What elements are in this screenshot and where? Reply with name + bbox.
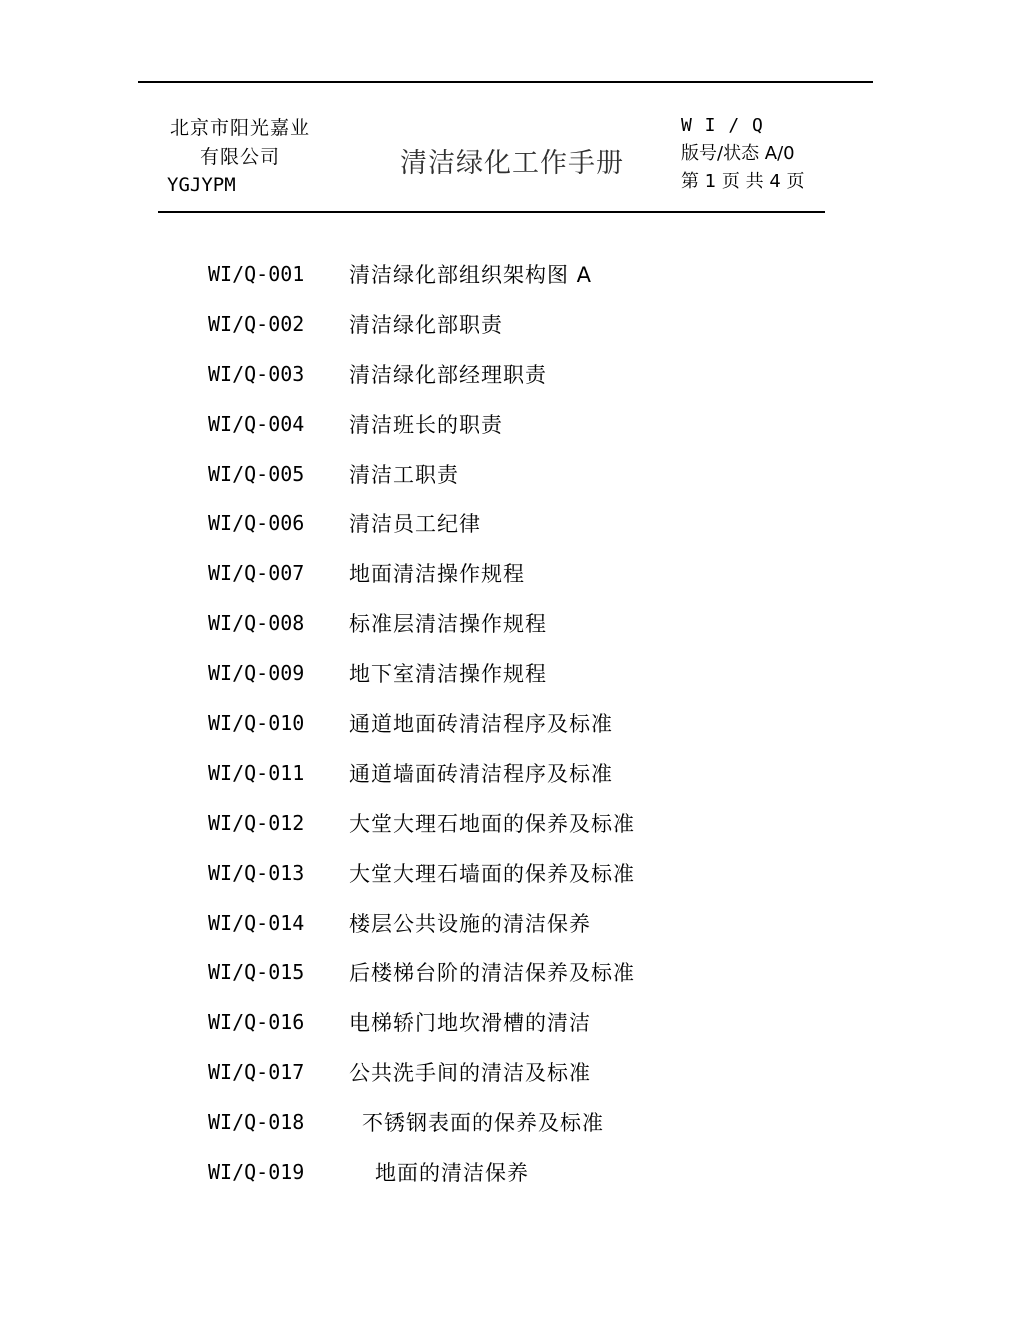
toc-item-title: 公共洗手间的清洁及标准 bbox=[349, 1057, 591, 1087]
toc-item-title: 清洁工职责 bbox=[349, 459, 459, 489]
toc-item-title: 大堂大理石地面的保养及标准 bbox=[349, 808, 635, 838]
toc-item-code: WI/Q-004 bbox=[208, 412, 349, 436]
toc-item-title: 通道地面砖清洁程序及标准 bbox=[349, 708, 613, 738]
toc-item-title: 大堂大理石墙面的保养及标准 bbox=[349, 858, 635, 888]
header-top-rule bbox=[138, 81, 873, 83]
toc-item-code: WI/Q-005 bbox=[208, 462, 349, 486]
toc-item-title: 通道墙面砖清洁程序及标准 bbox=[349, 758, 613, 788]
toc-list: WI/Q-001 清洁绿化部组织架构图 A WI/Q-002 清洁绿化部职责 W… bbox=[0, 249, 1021, 1197]
toc-row: WI/Q-001 清洁绿化部组织架构图 A bbox=[0, 249, 1021, 299]
toc-row: WI/Q-009 地下室清洁操作规程 bbox=[0, 648, 1021, 698]
toc-item-title: 清洁员工纪律 bbox=[349, 508, 481, 538]
toc-item-title: 楼层公共设施的清洁保养 bbox=[349, 908, 591, 938]
toc-item-code: WI/Q-009 bbox=[208, 661, 349, 685]
toc-item-code: WI/Q-018 bbox=[208, 1110, 349, 1134]
toc-row: WI/Q-002 清洁绿化部职责 bbox=[0, 299, 1021, 349]
toc-row: WI/Q-007 地面清洁操作规程 bbox=[0, 548, 1021, 598]
toc-item-code: WI/Q-001 bbox=[208, 262, 349, 286]
toc-item-title: 电梯轿门地坎滑槽的清洁 bbox=[349, 1007, 591, 1037]
toc-item-title: 清洁绿化部组织架构图 A bbox=[349, 259, 592, 289]
company-code: YGJYPM bbox=[167, 172, 313, 199]
toc-row: WI/Q-019 地面的清洁保养 bbox=[0, 1147, 1021, 1197]
toc-item-code: WI/Q-006 bbox=[208, 511, 349, 535]
toc-row: WI/Q-006 清洁员工纪律 bbox=[0, 498, 1021, 548]
toc-item-title: 标准层清洁操作规程 bbox=[349, 608, 547, 638]
toc-item-code: WI/Q-015 bbox=[208, 960, 349, 984]
toc-item-title: 地下室清洁操作规程 bbox=[349, 658, 547, 688]
toc-row: WI/Q-005 清洁工职责 bbox=[0, 449, 1021, 499]
toc-item-code: WI/Q-012 bbox=[208, 811, 349, 835]
toc-item-title: 不锈钢表面的保养及标准 bbox=[349, 1107, 604, 1137]
toc-item-code: WI/Q-008 bbox=[208, 611, 349, 635]
toc-item-title: 清洁班长的职责 bbox=[349, 409, 503, 439]
toc-item-code: WI/Q-013 bbox=[208, 861, 349, 885]
document-title: 清洁绿化工作手册 bbox=[400, 141, 624, 180]
company-name-line2: 有限公司 bbox=[167, 143, 313, 172]
toc-item-code: WI/Q-007 bbox=[208, 561, 349, 585]
header-bottom-rule bbox=[158, 211, 825, 213]
toc-row: WI/Q-011 通道墙面砖清洁程序及标准 bbox=[0, 748, 1021, 798]
toc-row: WI/Q-015 后楼梯台阶的清洁保养及标准 bbox=[0, 947, 1021, 997]
toc-item-title: 清洁绿化部职责 bbox=[349, 309, 503, 339]
toc-item-title: 地面的清洁保养 bbox=[349, 1157, 529, 1187]
toc-item-code: WI/Q-010 bbox=[208, 711, 349, 735]
toc-item-code: WI/Q-003 bbox=[208, 362, 349, 386]
toc-item-title: 地面清洁操作规程 bbox=[349, 558, 525, 588]
toc-row: WI/Q-012 大堂大理石地面的保养及标准 bbox=[0, 798, 1021, 848]
doc-meta-block: W I / Q 版号/状态 A/0 第 1 页 共 4 页 bbox=[681, 112, 805, 196]
toc-item-title: 清洁绿化部经理职责 bbox=[349, 359, 547, 389]
toc-item-code: WI/Q-017 bbox=[208, 1060, 349, 1084]
doc-version-status: 版号/状态 A/0 bbox=[681, 140, 805, 168]
toc-row: WI/Q-014 楼层公共设施的清洁保养 bbox=[0, 898, 1021, 948]
toc-item-code: WI/Q-014 bbox=[208, 911, 349, 935]
toc-item-code: WI/Q-019 bbox=[208, 1160, 349, 1184]
toc-row: WI/Q-004 清洁班长的职责 bbox=[0, 399, 1021, 449]
doc-code: W I / Q bbox=[681, 112, 805, 140]
toc-row: WI/Q-013 大堂大理石墙面的保养及标准 bbox=[0, 848, 1021, 898]
toc-item-code: WI/Q-016 bbox=[208, 1010, 349, 1034]
company-block: 北京市阳光嘉业 有限公司 YGJYPM bbox=[167, 114, 313, 199]
toc-item-code: WI/Q-011 bbox=[208, 761, 349, 785]
toc-item-code: WI/Q-002 bbox=[208, 312, 349, 336]
toc-row: WI/Q-003 清洁绿化部经理职责 bbox=[0, 349, 1021, 399]
toc-row: WI/Q-016 电梯轿门地坎滑槽的清洁 bbox=[0, 997, 1021, 1047]
doc-page-info: 第 1 页 共 4 页 bbox=[681, 168, 805, 196]
document-page: 北京市阳光嘉业 有限公司 YGJYPM 清洁绿化工作手册 W I / Q 版号/… bbox=[0, 0, 1021, 1321]
toc-row: WI/Q-018 不锈钢表面的保养及标准 bbox=[0, 1097, 1021, 1147]
toc-row: WI/Q-010 通道地面砖清洁程序及标准 bbox=[0, 698, 1021, 748]
toc-item-title: 后楼梯台阶的清洁保养及标准 bbox=[349, 957, 635, 987]
toc-row: WI/Q-008 标准层清洁操作规程 bbox=[0, 598, 1021, 648]
company-name-line1: 北京市阳光嘉业 bbox=[167, 114, 313, 143]
toc-row: WI/Q-017 公共洗手间的清洁及标准 bbox=[0, 1047, 1021, 1097]
